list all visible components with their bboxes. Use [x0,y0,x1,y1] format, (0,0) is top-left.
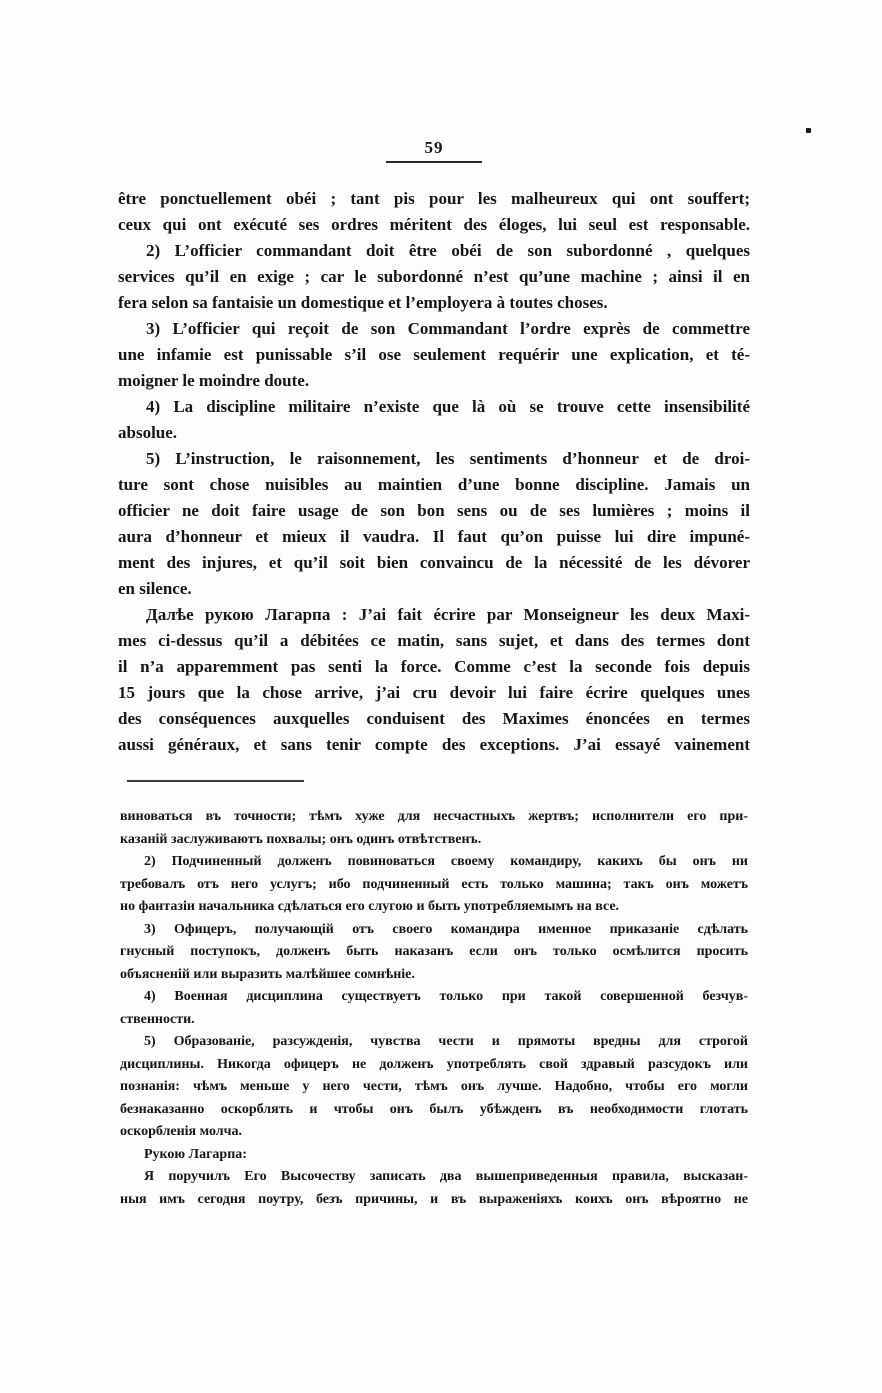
book-page-scan: 59 être ponctuellement obéi ; tant pis p… [0,0,882,1393]
main-text-line: ceux qui ont exécuté ses ordres méritent… [118,212,750,238]
main-text-line: 3) L’officier qui reçoit de son Commanda… [118,316,750,342]
footnote-block: виноваться въ точности; тѣмъ хуже для не… [120,806,748,1211]
footnote-separator-rule [127,780,304,782]
main-text-line: mes ci-dessus qu’il a débitées ce matin,… [118,628,750,654]
footnote-line: дисциплины. Никогда офицеръ не долженъ у… [120,1054,748,1077]
footnote-line: ныя имъ сегодня поутру, безъ причины, и … [120,1189,748,1212]
footnote-line: виноваться въ точности; тѣмъ хуже для не… [120,806,748,829]
main-text-line: Далѣе рукою Лагарпа : J’ai fait écrire p… [118,602,750,628]
main-text-line: ture sont chose nuisibles au maintien d’… [118,472,750,498]
main-text-line: être ponctuellement obéi ; tant pis pour… [118,186,750,212]
footnote-line: 5) Образованіе, разсужденія, чувства чес… [120,1031,748,1054]
main-text-line: moigner le moindre doute. [118,368,750,394]
footnote-line: но фантазіи начальника сдѣлаться его слу… [120,896,748,919]
main-text-line: aussi généraux, et sans tenir compte des… [118,732,750,758]
footnote-line: 2) Подчиненный долженъ повиноваться свое… [120,851,748,874]
main-text-line: 5) L’instruction, le raisonnement, les s… [118,446,750,472]
main-text-line: aura d’honneur et mieux il vaudra. Il fa… [118,524,750,550]
ink-speck [806,128,811,133]
page-number-rule [386,161,482,163]
main-text-line: en silence. [118,576,750,602]
footnote-line: 4) Военная дисциплина существуетъ только… [120,986,748,1009]
main-text-block: être ponctuellement obéi ; tant pis pour… [118,186,750,758]
main-text-line: il n’a apparemment pas senti la force. C… [118,654,750,680]
main-text-line: une infamie est punissable s’il ose seul… [118,342,750,368]
footnote-line: гнусный поступокъ, долженъ быть наказанъ… [120,941,748,964]
footnote-line: оскорбленія молча. [120,1121,748,1144]
main-text-line: fera selon sa fantaisie un domestique et… [118,290,750,316]
main-text-line: services qu’il en exige ; car le subordo… [118,264,750,290]
page-header: 59 [118,138,750,163]
footnote-line: Рукою Лагарпа: [120,1144,748,1167]
footnote-line: требовалъ отъ него услугъ; ибо подчиненн… [120,874,748,897]
main-text-line: absolue. [118,420,750,446]
footnote-line: Я поручилъ Его Высочеству записать два в… [120,1166,748,1189]
main-text-line: 2) L’officier commandant doit être obéi … [118,238,750,264]
page-number: 59 [118,138,750,158]
footnote-line: безнаказанно оскорблять и чтобы онъ былъ… [120,1099,748,1122]
main-text-line: des conséquences auxquelles conduisent d… [118,706,750,732]
main-text-line: 15 jours que la chose arrive, j’ai cru d… [118,680,750,706]
main-text-line: ment des injures, et qu’il soit bien con… [118,550,750,576]
footnote-line: объясненій или выразить малѣйшее сомнѣні… [120,964,748,987]
footnote-line: познанія: чѣмъ меньше у него чести, тѣмъ… [120,1076,748,1099]
footnote-line: казаній заслуживаютъ похвалы; онъ одинъ … [120,829,748,852]
main-text-line: officier ne doit faire usage de son bon … [118,498,750,524]
footnote-line: ственности. [120,1009,748,1032]
footnote-line: 3) Офицеръ, получающій отъ своего команд… [120,919,748,942]
main-text-line: 4) La discipline militaire n’existe que … [118,394,750,420]
